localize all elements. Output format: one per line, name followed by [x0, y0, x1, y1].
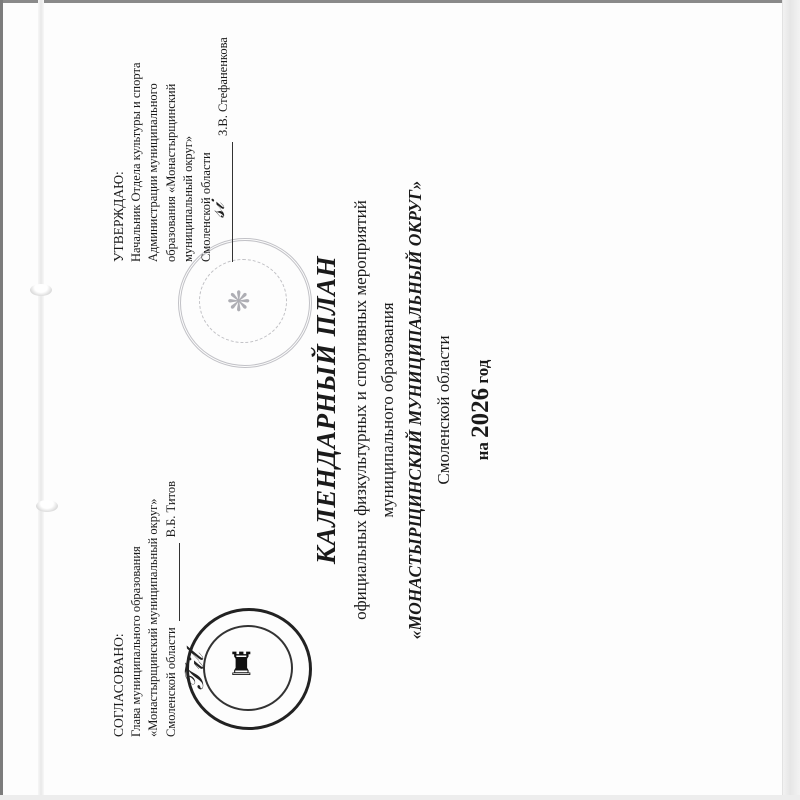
approval-heading: УТВЕРЖДАЮ:: [110, 37, 128, 262]
approval-line: муниципальный округ»: [180, 37, 198, 262]
approval-line: Смоленской области: [198, 37, 216, 262]
agreement-block: СОГЛАСОВАНО: Глава муниципального образо…: [110, 481, 180, 737]
approval-line: Администрации муниципального: [145, 37, 163, 262]
scan-edge-left: [0, 0, 3, 800]
scan-edge-right: [782, 0, 800, 800]
scan-edge-bottom: [0, 795, 800, 800]
agreement-line: Смоленской области: [163, 627, 181, 737]
scan-edge-top: [0, 0, 800, 3]
plan-year: на 2026 год: [459, 110, 505, 710]
scanned-page: ❋ ♜ УТВЕРЖДАЮ: Начальник Отдела культуры…: [0, 0, 800, 800]
agreement-signature-row: Смоленской области В.Б. Титов: [163, 481, 181, 737]
punch-hole-icon: [30, 284, 52, 296]
handwritten-signature: 𝓈𝒾: [205, 203, 230, 218]
municipal-seal-icon: ♜: [227, 645, 256, 683]
approval-signatory: З.В. Стефаненкова: [215, 37, 233, 136]
agreement-heading: СОГЛАСОВАНО:: [110, 481, 128, 737]
agreement-line: «Монастырщинский муниципальный округ»: [145, 481, 163, 737]
region-name: Смоленской области: [429, 110, 459, 710]
approval-line: Начальник Отдела культуры и спорта: [128, 37, 146, 262]
document-subtitle-2: муниципального образования: [374, 110, 401, 710]
year-prefix: на: [473, 442, 492, 460]
agreement-line: Глава муниципального образования: [128, 481, 146, 737]
approval-signature-row: З.В. Стефаненкова: [215, 37, 233, 262]
approval-line: образования «Монастырщинский: [163, 37, 181, 262]
year-suffix: год: [473, 360, 492, 384]
punch-hole-icon: [36, 500, 58, 512]
approval-block: УТВЕРЖДАЮ: Начальник Отдела культуры и с…: [110, 37, 233, 262]
document-subtitle: официальных физкультурных и спортивных м…: [347, 110, 374, 710]
binder-fold: [38, 0, 44, 800]
coat-of-arms-stamp-icon: ❋: [227, 285, 250, 319]
document-title: КАЛЕНДАРНЫЙ ПЛАН: [305, 110, 347, 710]
agreement-signatory: В.Б. Титов: [163, 481, 181, 537]
organization-name: «МОНАСТЫРЩИНСКИЙ МУНИЦИПАЛЬНЫЙ ОКРУГ»: [401, 110, 429, 710]
handwritten-signature: 𝒯𝒾𝓉: [180, 653, 211, 690]
year-value: 2026: [467, 388, 494, 438]
signature-line: [167, 543, 180, 621]
